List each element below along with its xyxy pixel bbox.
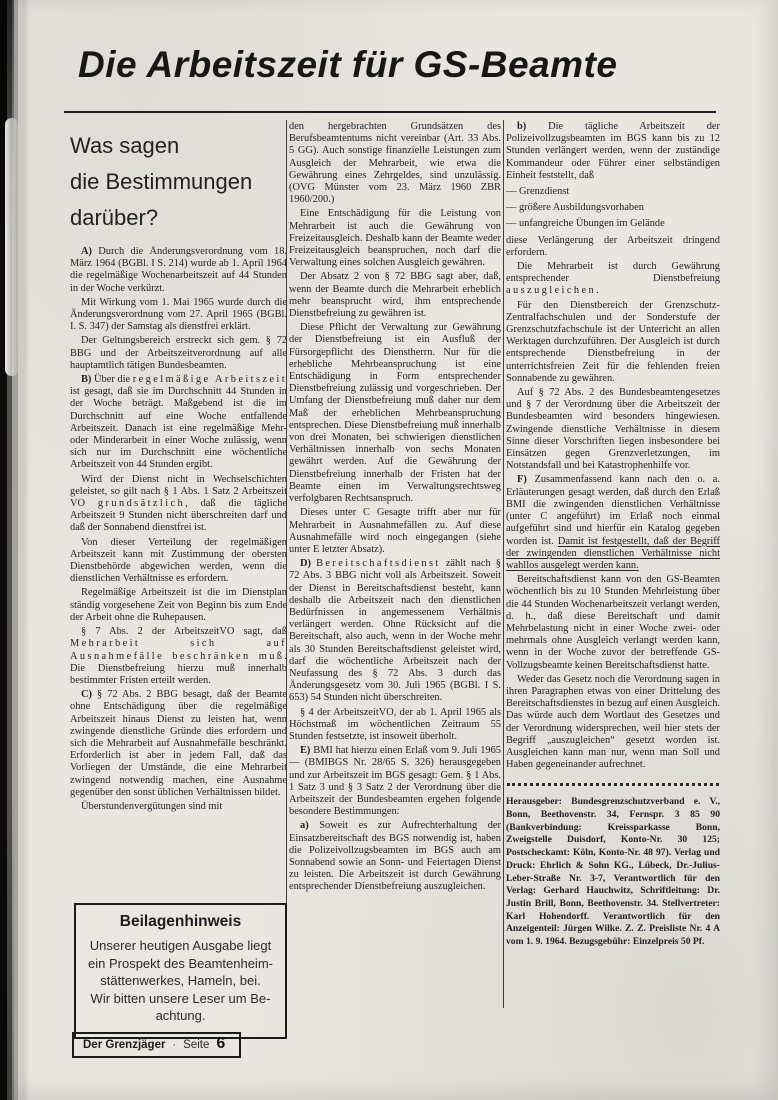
paragraph: a) Soweit es zur Aufrechterhaltung der E… xyxy=(289,820,501,893)
imprint-text: Herausgeber: Bundesgrenzschutzverband e.… xyxy=(506,796,720,948)
paragraph: D) Bereitschaftsdienst zählt nach § 72 A… xyxy=(289,558,501,704)
binding-highlight xyxy=(5,118,18,376)
publication-name: Der Grenzjäger xyxy=(83,1039,165,1051)
paragraph: b) Die tägliche Arbeitszeit der Polizeiv… xyxy=(506,121,720,182)
paragraph: Bereitschaftsdienst kann von den GS-Beam… xyxy=(506,574,720,672)
paragraph: Dieses unter C Gesagte trifft aber nur f… xyxy=(289,507,501,556)
column-middle: den hergebrachten Grundsätzen des Berufs… xyxy=(289,121,501,1026)
paragraph: Auf § 72 Abs. 2 des Bundesbeamtengesetze… xyxy=(506,387,720,472)
paragraph: Für den Dienstbereich der Grenzschutz-Ze… xyxy=(506,300,720,385)
paragraph: § 4 der ArbeitszeitVO, der ab 1. April 1… xyxy=(289,707,501,744)
paragraph: Regelmäßige Arbeitszeit ist die im Diens… xyxy=(70,587,287,624)
column-left: Was sagendie Bestimmungendarüber? A) Dur… xyxy=(70,122,287,1100)
column-left-body: A) Durch die Änderungsverordnung vom 18.… xyxy=(70,246,287,891)
column-divider-right xyxy=(503,120,504,1008)
paragraph: § 7 Abs. 2 der ArbeitszeitVO sagt, daß M… xyxy=(70,626,287,687)
paragraph: E) BMI hat hierzu einen Erlaß vom 9. Jul… xyxy=(289,745,501,818)
paragraph: C) § 72 Abs. 2 BBG besagt, daß der Beamt… xyxy=(70,689,287,799)
scanned-newspaper-page: Die Arbeitszeit für GS-Beamte Was sagend… xyxy=(0,0,778,1100)
paragraph: den hergebrachten Grundsätzen des Berufs… xyxy=(289,121,501,206)
paragraph: — unfangreiche Übungen im Gelände xyxy=(506,218,720,230)
paragraph: Eine Entschädigung für die Leistung von … xyxy=(289,208,501,269)
page-word: Seite xyxy=(183,1039,209,1051)
insert-notice-box: Beilagenhinweis Unserer heutigen Ausgabe… xyxy=(74,903,287,1039)
notice-title: Beilagenhinweis xyxy=(82,916,279,928)
paragraph: Von dieser Verteilung der regelmäßigen A… xyxy=(70,537,287,586)
footer-separator: · xyxy=(172,1039,176,1051)
paragraph: — Grenzdienst xyxy=(506,186,720,198)
paragraph: Diese Pflicht der Verwaltung zur Gewähru… xyxy=(289,322,501,505)
paragraph: Weder das Gesetz noch die Verordnung sag… xyxy=(506,674,720,772)
paragraph: A) Durch die Änderungsverordnung vom 18.… xyxy=(70,246,287,295)
notice-text: Unserer heutigen Ausgabe liegtein Prospe… xyxy=(82,937,279,1025)
paragraph: diese Verlängerung der Arbeitszeit dring… xyxy=(506,235,720,259)
paragraph: Überstundenvergütungen sind mit xyxy=(70,801,287,813)
paragraph: B) Über die regelmäßige Arbeitszeit ist … xyxy=(70,374,287,472)
page-number: 6 xyxy=(216,1038,225,1050)
dotted-divider xyxy=(507,783,719,786)
paragraph: Die Mehrarbeit ist durch Gewährung entsp… xyxy=(506,261,720,298)
paragraph: Mit Wirkung vom 1. Mai 1965 wurde durch … xyxy=(70,297,287,334)
paragraph: — größere Ausbildungsvorhaben xyxy=(506,202,720,214)
paragraph: Wird der Dienst nicht in Wechselschichte… xyxy=(70,474,287,535)
section-heading: Was sagendie Bestimmungendarüber? xyxy=(70,122,287,236)
paragraph: F) Zusammenfassend kann nach den o. a. E… xyxy=(506,474,720,572)
column-right: b) Die tägliche Arbeitszeit der Polizeiv… xyxy=(506,121,720,1071)
page-footer: Der Grenzjäger · Seite 6 xyxy=(72,1032,241,1058)
article-title: Die Arbeitszeit für GS-Beamte xyxy=(78,44,617,87)
paragraph: Der Geltungsbereich erstreckt sich gem. … xyxy=(70,335,287,372)
column-right-body: b) Die tägliche Arbeitszeit der Polizeiv… xyxy=(506,121,720,771)
title-divider xyxy=(64,111,716,113)
paragraph: Der Absatz 2 von § 72 BBG sagt aber, daß… xyxy=(289,271,501,320)
